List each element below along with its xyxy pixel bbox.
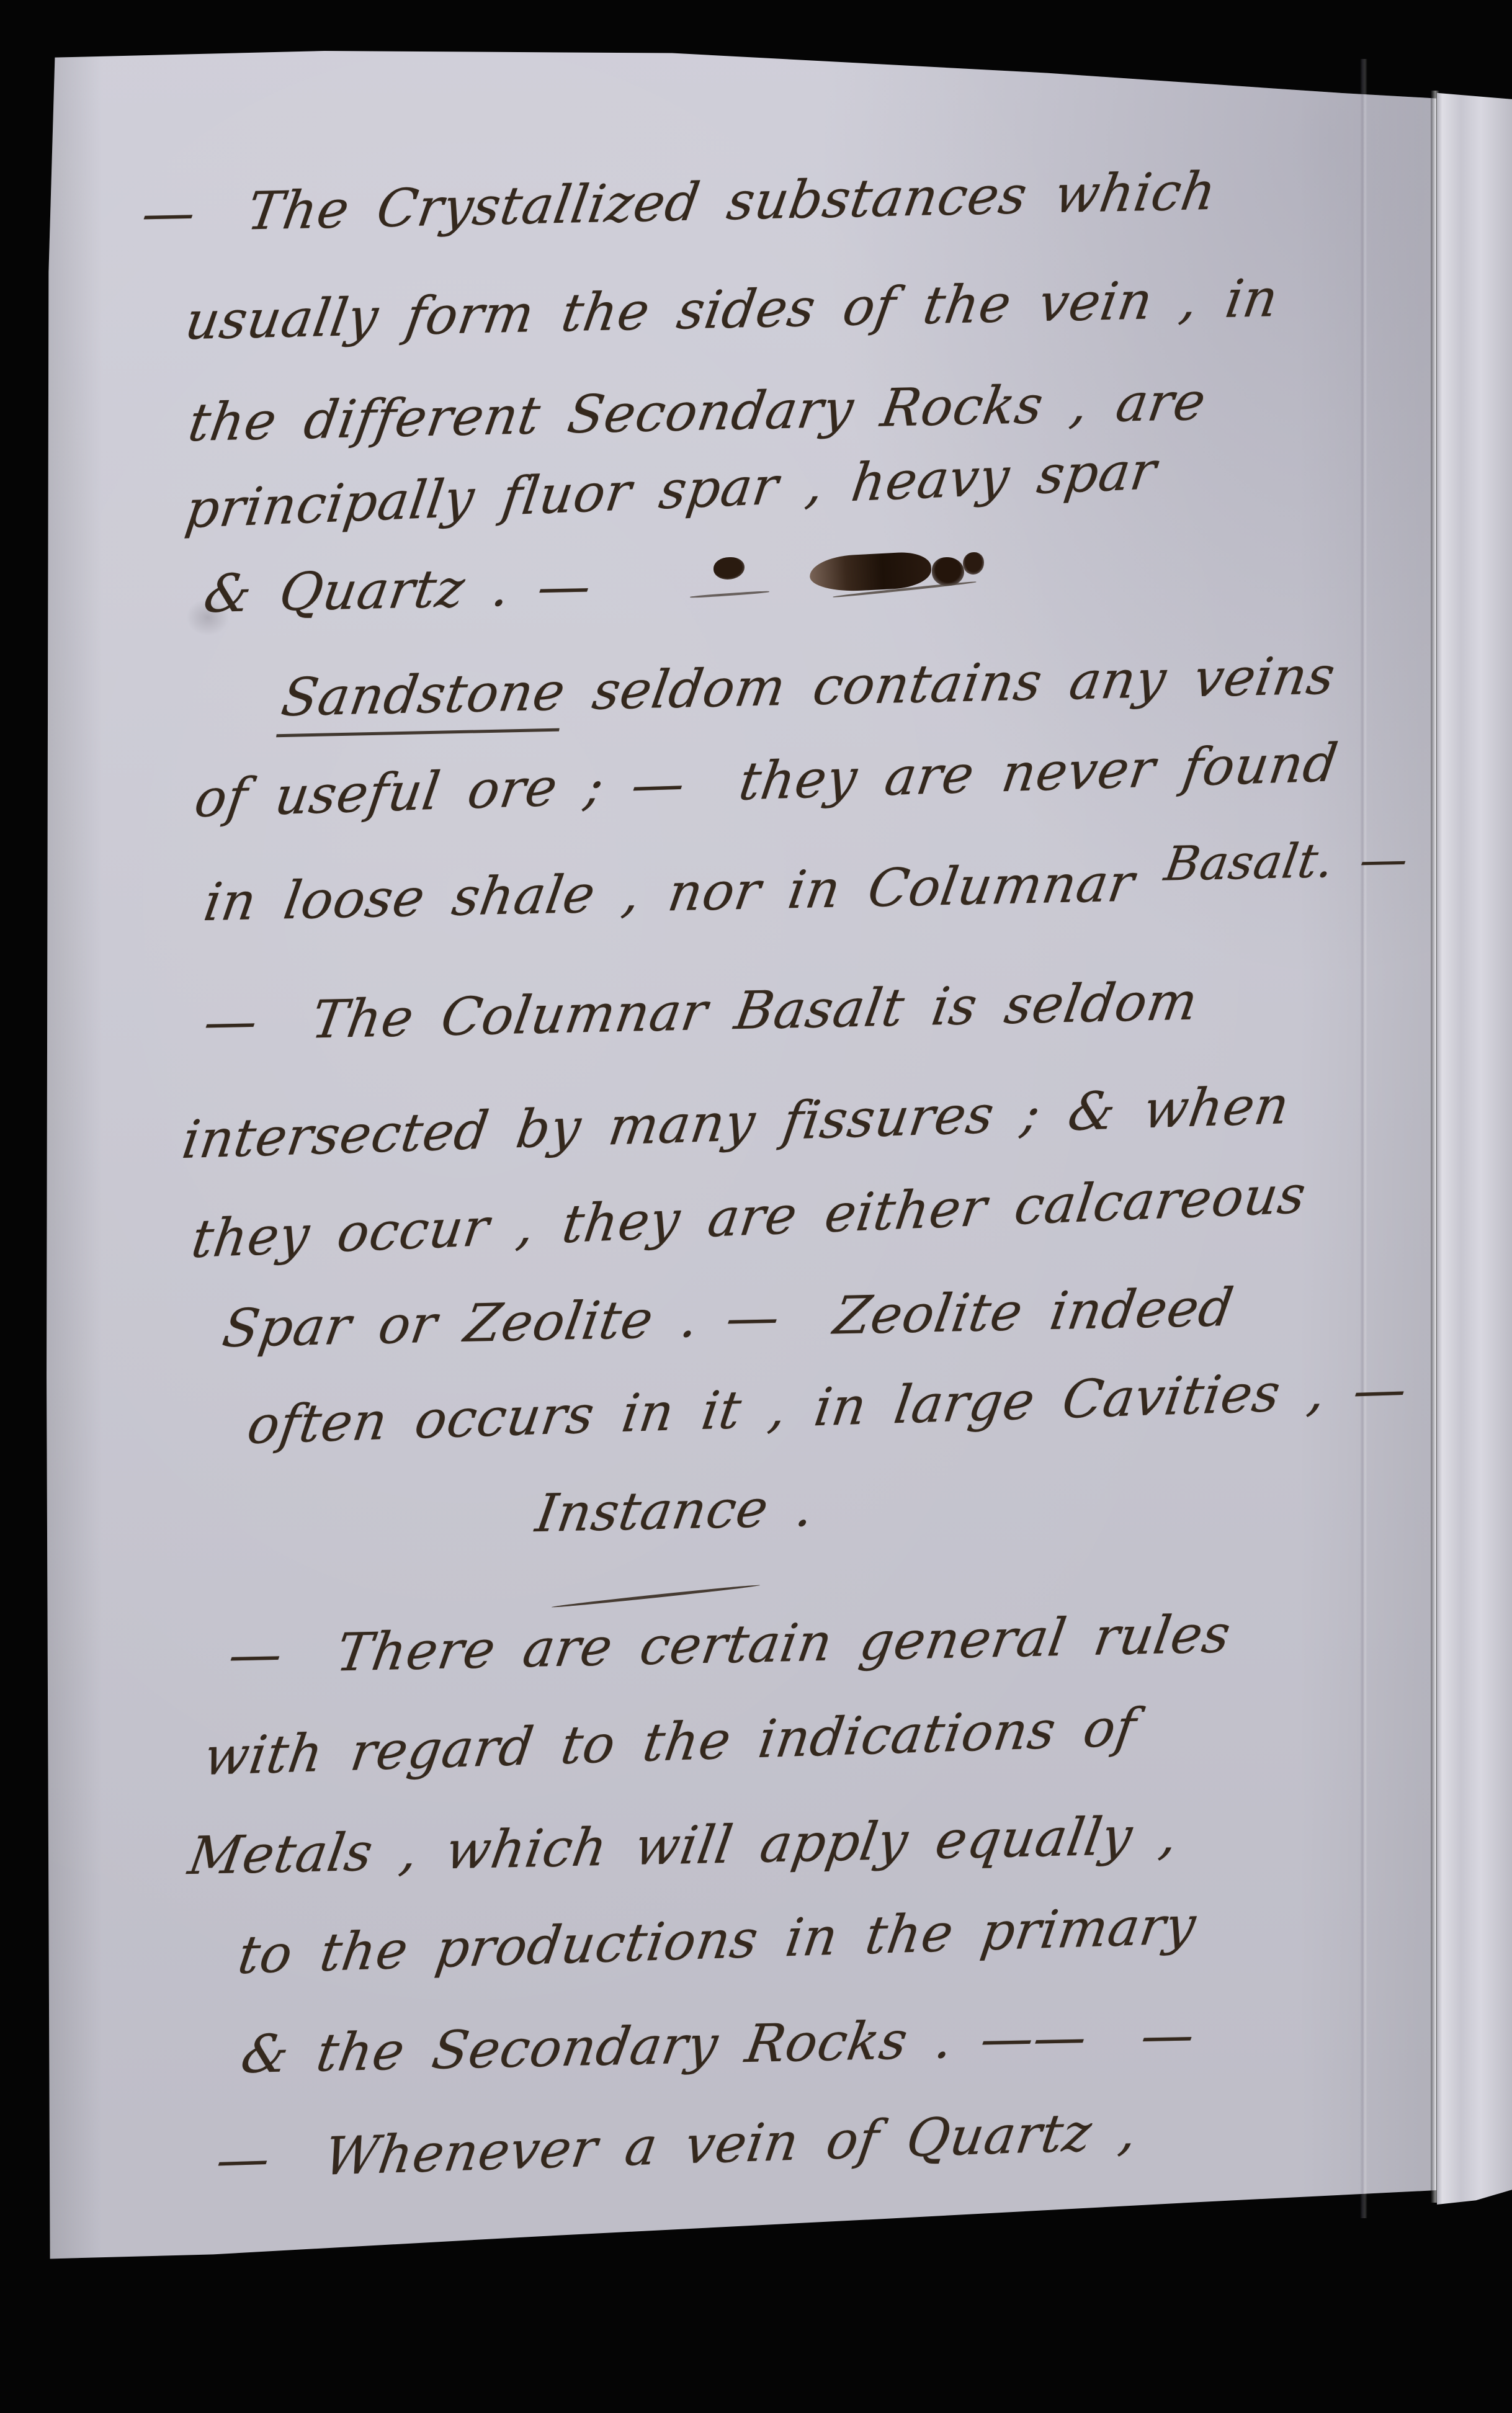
line-8-raised-word: Basalt. — <box>1161 831 1412 892</box>
sandstone-underlined-word: Sandstone <box>276 661 570 737</box>
handwriting-line-5: & Quartz . — <box>200 555 596 624</box>
paper-crease <box>1360 59 1367 2218</box>
next-page-edge <box>1437 92 1512 2205</box>
section-heading-instance: Instance . <box>532 1477 818 1544</box>
ink-blot-secondary <box>932 557 964 586</box>
photograph-black-background: — The Crystallized substances which usua… <box>0 0 1512 2413</box>
